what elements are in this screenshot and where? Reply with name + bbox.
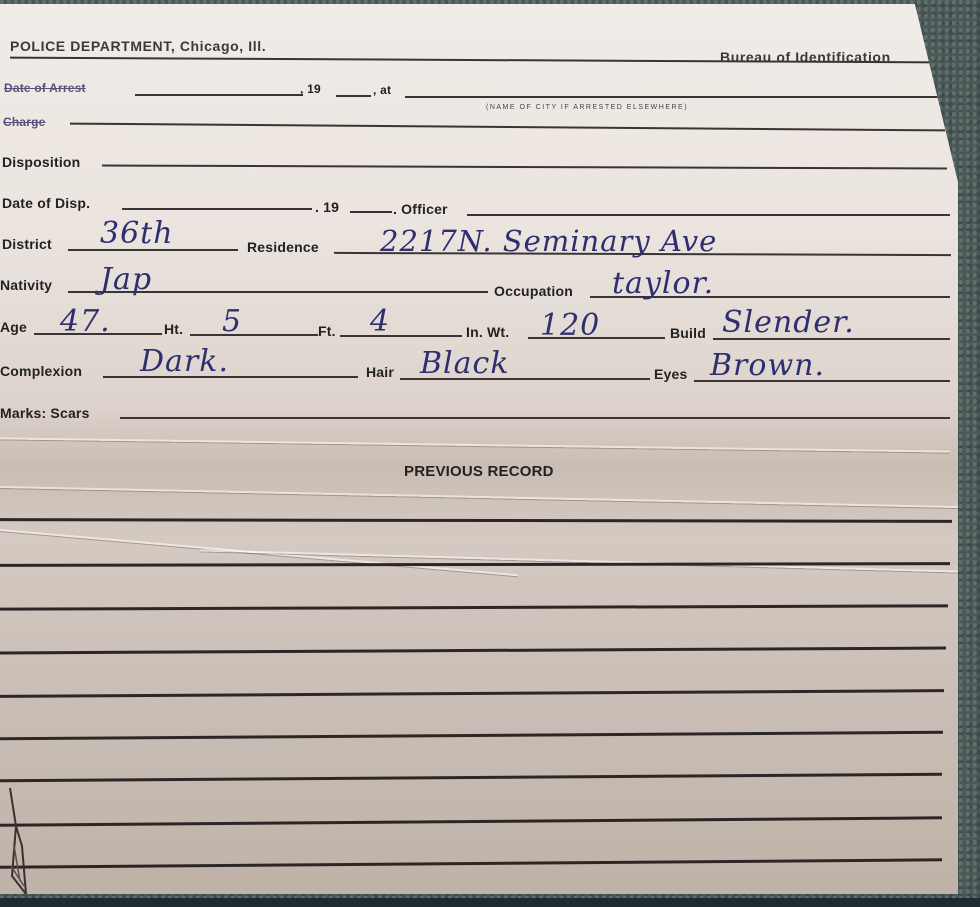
occupation-value: taylor.	[612, 266, 714, 301]
identification-card: POLICE DEPARTMENT, Chicago, Ill. Bureau …	[0, 4, 958, 894]
charge-line	[70, 123, 945, 131]
disp-year-line	[350, 211, 392, 213]
build-value: Slender.	[722, 305, 855, 340]
date-of-arrest-label: Date of Arrest	[4, 81, 86, 95]
complexion-value: Dark.	[140, 344, 229, 379]
officer-label: . Officer	[393, 201, 448, 217]
build-label: Build	[670, 325, 706, 341]
in-wt-label: In. Wt.	[466, 324, 509, 340]
previous-record-heading: PREVIOUS RECORD	[404, 463, 554, 480]
at-label: , at	[373, 83, 391, 97]
nativity-label: Nativity	[0, 277, 52, 293]
nativity-value: Jap	[100, 262, 152, 297]
year-prefix: , 19	[300, 82, 321, 96]
district-value: 36th	[100, 216, 174, 251]
ft-label: Ft.	[318, 323, 336, 339]
pencil-mark	[6, 786, 36, 896]
date-of-disp-label: Date of Disp.	[2, 195, 90, 211]
ht-line	[190, 334, 318, 336]
record-line	[0, 689, 944, 697]
record-line	[0, 604, 948, 610]
height-in-value: 4	[370, 304, 390, 339]
eyes-label: Eyes	[654, 366, 688, 382]
department-title: POLICE DEPARTMENT, Chicago, Ill.	[10, 38, 266, 54]
occupation-label: Occupation	[494, 283, 573, 299]
height-ft-value: 5	[222, 304, 242, 339]
paper-crease	[0, 437, 950, 452]
record-line	[0, 858, 942, 868]
complexion-label: Complexion	[0, 363, 82, 379]
charge-label: Charge	[3, 115, 46, 129]
disposition-line	[102, 165, 947, 169]
age-label: Age	[0, 319, 27, 335]
disp-year: . 19	[315, 199, 339, 215]
district-label: District	[2, 236, 52, 252]
paper-crease	[200, 549, 960, 572]
date-of-arrest-line	[135, 94, 303, 96]
weight-value: 120	[540, 308, 600, 343]
paper-crease	[0, 486, 960, 508]
officer-line	[467, 214, 950, 216]
bottom-edge	[0, 898, 980, 907]
record-line	[0, 773, 942, 782]
at-line	[405, 96, 938, 98]
disposition-label: Disposition	[2, 154, 80, 170]
bureau-title: Bureau of Identification	[720, 49, 891, 65]
year-line	[336, 95, 371, 97]
record-line	[0, 816, 942, 826]
hair-value: Black	[420, 346, 510, 381]
ft-line	[340, 335, 462, 337]
eyes-value: Brown.	[710, 348, 825, 383]
ht-label: Ht.	[164, 321, 183, 337]
residence-label: Residence	[247, 239, 319, 255]
city-note: (NAME OF CITY IF ARRESTED ELSEWHERE)	[486, 104, 688, 111]
marks-scars-label: Marks: Scars	[0, 405, 90, 421]
record-line	[0, 731, 943, 740]
marks-line	[120, 417, 950, 419]
residence-value: 2217N. Seminary Ave	[380, 224, 717, 258]
date-of-disp-line	[122, 208, 312, 210]
hair-label: Hair	[366, 364, 394, 380]
age-value: 47.	[60, 304, 111, 339]
record-line	[0, 647, 946, 654]
record-line	[0, 518, 952, 522]
